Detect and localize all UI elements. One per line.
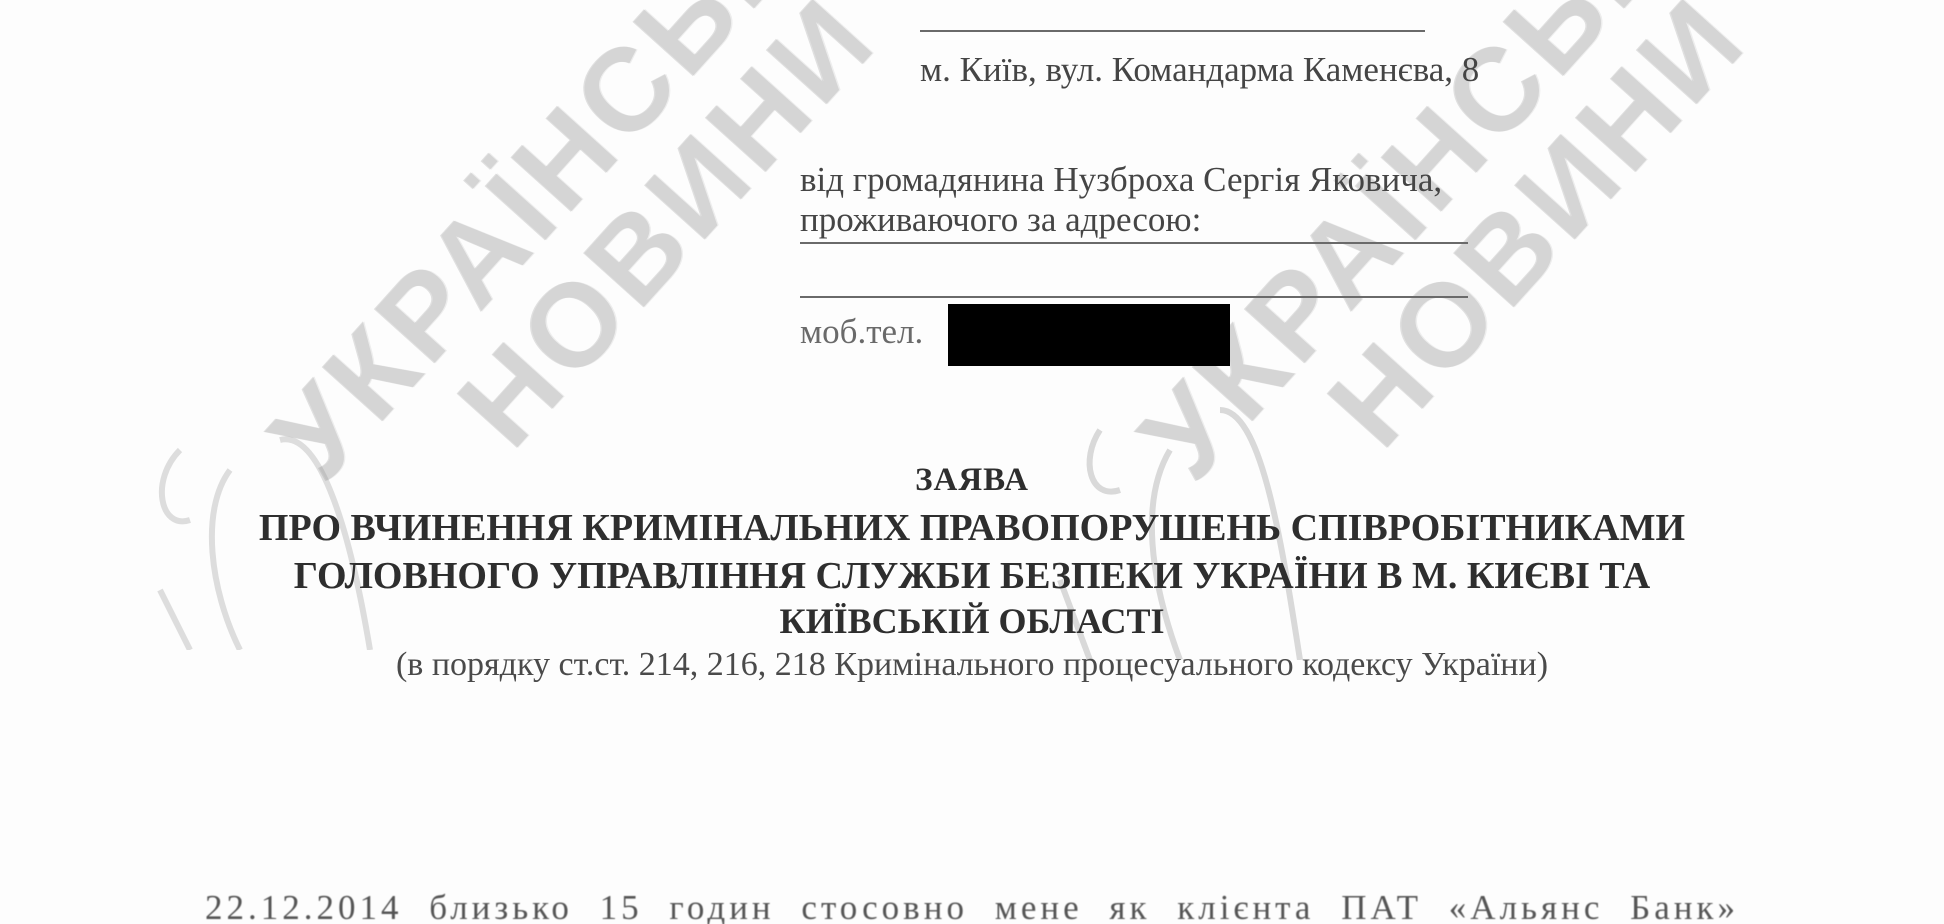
title-line-2: ГОЛОВНОГО УПРАВЛІННЯ СЛУЖБИ БЕЗПЕКИ УКРА… bbox=[0, 554, 1944, 598]
body-first-line: 22.12.2014 близько 15 годин стосовно мен… bbox=[0, 888, 1944, 924]
title-line-1: ПРО ВЧИНЕННЯ КРИМІНАЛЬНИХ ПРАВОПОРУШЕНЬ … bbox=[0, 506, 1944, 550]
address-line-2 bbox=[800, 296, 1468, 298]
recipient-address: м. Київ, вул. Командарма Каменєва, 8 bbox=[920, 50, 1479, 90]
document-page: УКРАЇНСЬКІ НОВИНИ УКРАЇНСЬКІ НОВИНИ м. К… bbox=[0, 0, 1944, 924]
phone-redaction bbox=[948, 304, 1230, 366]
document-subtitle: (в порядку ст.ст. 214, 216, 218 Кримінал… bbox=[0, 646, 1944, 684]
residence-line: проживаючого за адресою: bbox=[800, 200, 1201, 240]
address-line-1 bbox=[800, 242, 1468, 244]
top-rule bbox=[920, 30, 1425, 32]
from-line: від громадянина Нузброха Сергія Яковича, bbox=[800, 160, 1442, 200]
phone-label: моб.тел. bbox=[800, 312, 923, 352]
document-title: ЗАЯВА bbox=[0, 462, 1944, 499]
title-line-3: КИЇВСЬКІЙ ОБЛАСТІ bbox=[0, 600, 1944, 642]
